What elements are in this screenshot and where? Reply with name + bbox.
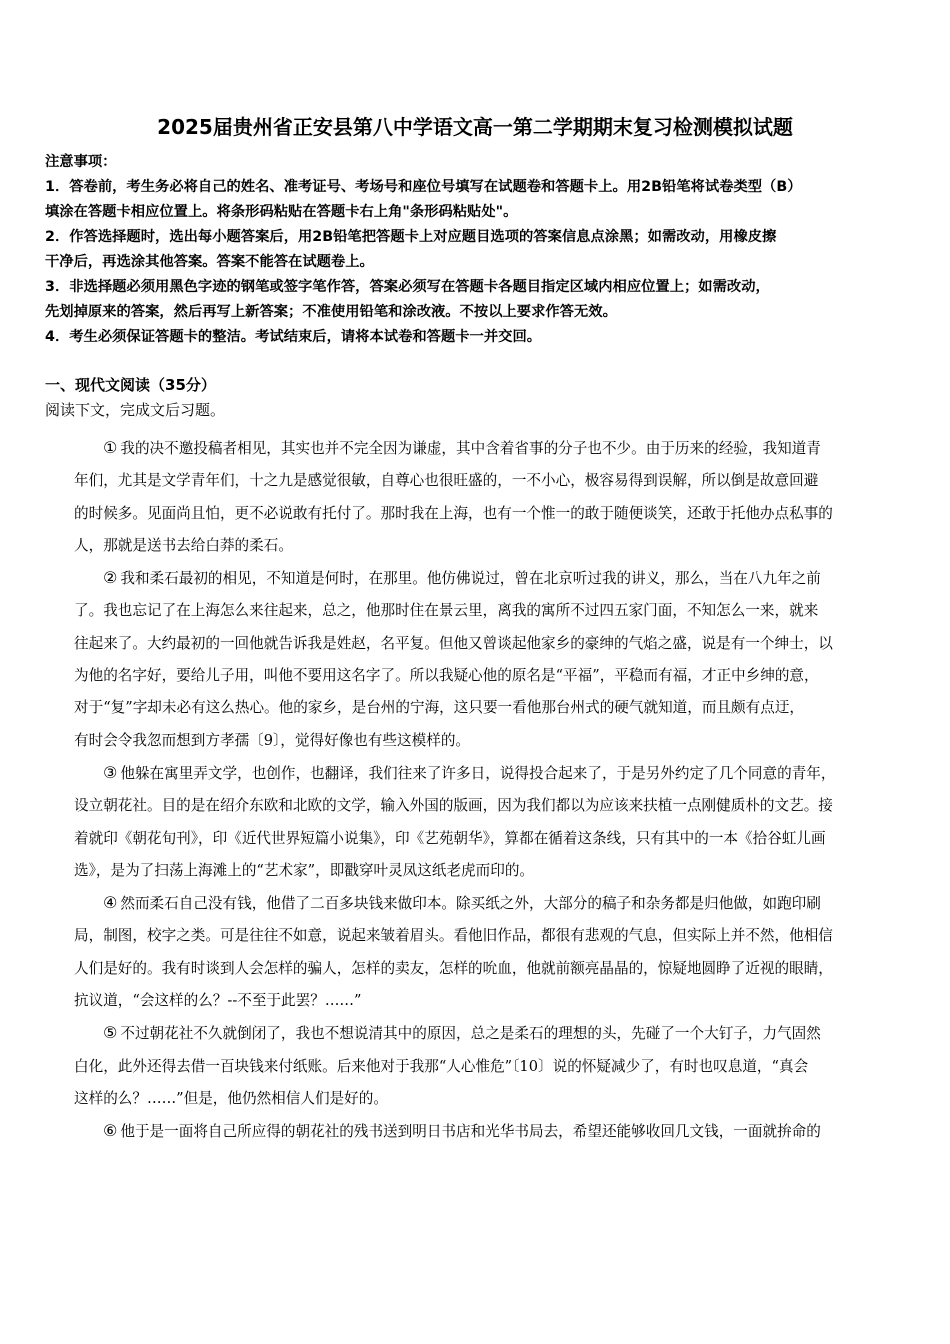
text-line: 有时会令我忽而想到方孝孺〔9〕，觉得好像也有些这模样的。 — [45, 725, 907, 757]
text-line: 的时候多。见面尚且怕，更不必说敢有托付了。那时我在上海，也有一个惟一的敢于随便谈… — [45, 498, 907, 530]
text-line: 我的决不邀投稿者相见，其实也并不完全因为谦虚，其中含着省事的分子也不少。由于历来… — [120, 440, 821, 457]
text-line: 这样的么？……”但是，他仍然相信人们是好的。 — [45, 1083, 907, 1115]
paragraph-number: ① — [103, 438, 117, 457]
text-line: 对于“复”字却未必有这么热心。他的家乡，是台州的宁海，这只要一看他那台州式的硬气… — [45, 692, 907, 724]
text-line: 人们是好的。我有时谈到人会怎样的骗人，怎样的卖友，怎样的吮血，他就前额亮晶晶的，… — [45, 953, 907, 985]
paragraph-4: ④然而柔石自己没有钱，他借了二百多块钱来做印本。除买纸之外，大部分的稿子和杂务都… — [45, 887, 907, 1017]
notice-line: 3．非选择题必须用黑色字迹的钢笔或签字笔作答，答案必须写在答题卡各题目指定区域内… — [45, 275, 915, 300]
text-line: 不过朝花社不久就倒闭了，我也不想说清其中的原因，总之是柔石的理想的头，先碰了一个… — [120, 1025, 821, 1042]
text-line: 着就印《朝花旬刊》，印《近代世界短篇小说集》，印《艺苑朝华》，算都在循着这条线，… — [45, 823, 907, 855]
paragraph-3: ③他躲在寓里弄文学，也创作，也翻译，我们往来了许多日，说得投合起来了，于是另外约… — [45, 757, 907, 887]
text-line: 选》，是为了扫荡上海滩上的“艺术家”，即戳穿叶灵凤这纸老虎而印的。 — [45, 855, 907, 887]
text-line: 设立朝花社。目的是在绍介东欧和北欧的文学，输入外国的版画，因为我们都以为应该来扶… — [45, 790, 907, 822]
paragraph-number: ③ — [103, 763, 117, 782]
paragraph-number: ⑥ — [103, 1121, 117, 1140]
notice-line: 干净后，再选涂其他答案。答案不能答在试题卷上。 — [45, 250, 915, 275]
paragraph-number: ② — [103, 568, 117, 587]
paragraph-number: ⑤ — [103, 1023, 117, 1042]
text-line: 为他的名字好，要给儿子用，叫他不要用这名字了。所以我疑心他的原名是“平福”，平稳… — [45, 660, 907, 692]
document-title: 2025届贵州省正安县第八中学语文高一第二学期期末复习检测模拟试题 — [0, 113, 950, 141]
paragraph-6: ⑥他于是一面将自己所应得的朝花社的残书送到明日书店和光华书局去，希望还能够收回几… — [45, 1115, 907, 1148]
section-instruction: 阅读下文，完成文后习题。 — [45, 399, 225, 421]
text-line: 抗议道，“会这样的么？--不至于此罢？……” — [45, 985, 907, 1017]
text-line: 他于是一面将自己所应得的朝花社的残书送到明日书店和光华书局去，希望还能够收回几文… — [120, 1123, 821, 1140]
section-heading: 一、现代文阅读（35分） — [45, 374, 216, 396]
text-line: 然而柔石自己没有钱，他借了二百多块钱来做印本。除买纸之外，大部分的稿子和杂务都是… — [120, 895, 821, 912]
notice-line: 先划掉原来的答案，然后再写上新答案；不准使用铅笔和涂改液。不按以上要求作答无效。 — [45, 300, 915, 325]
reading-passage: ①我的决不邀投稿者相见，其实也并不完全因为谦虚，其中含着省事的分子也不少。由于历… — [45, 432, 907, 1149]
notice-line: 4．考生必须保证答题卡的整洁。考试结束后，请将本试卷和答题卡一并交回。 — [45, 325, 915, 350]
text-line: 人，那就是送书去给白莽的柔石。 — [45, 530, 907, 562]
text-line: 了。我也忘记了在上海怎么来往起来，总之，他那时住在景云里，离我的寓所不过四五家门… — [45, 595, 907, 627]
text-line: 往起来了。大约最初的一回他就告诉我是姓赵，名平复。但他又曾谈起他家乡的豪绅的气焰… — [45, 628, 907, 660]
text-line: 年们，尤其是文学青年们，十之九是感觉很敏，自尊心也很旺盛的，一不小心，极容易得到… — [45, 465, 907, 497]
text-line: 我和柔石最初的相见，不知道是何时，在那里。他仿佛说过，曾在北京听过我的讲义，那么… — [120, 570, 821, 587]
paragraph-2: ②我和柔石最初的相见，不知道是何时，在那里。他仿佛说过，曾在北京听过我的讲义，那… — [45, 562, 907, 757]
text-line: 局，制图，校字之类。可是往往不如意，说起来皱着眉头。看他旧作品，都很有悲观的气息… — [45, 920, 907, 952]
notice-line: 填涂在答题卡相应位置上。将条形码粘贴在答题卡右上角"条形码粘贴处"。 — [45, 200, 915, 225]
notice-heading: 注意事项： — [45, 150, 915, 175]
paragraph-1: ①我的决不邀投稿者相见，其实也并不完全因为谦虚，其中含着省事的分子也不少。由于历… — [45, 432, 907, 562]
notice-block: 注意事项： 1．答卷前，考生务必将自己的姓名、准考证号、考场号和座位号填写在试题… — [45, 150, 915, 350]
notice-line: 1．答卷前，考生务必将自己的姓名、准考证号、考场号和座位号填写在试题卷和答题卡上… — [45, 175, 915, 200]
text-line: 白化，此外还得去借一百块钱来付纸账。后来他对于我那“人心惟危”〔10〕说的怀疑减… — [45, 1051, 907, 1083]
notice-line: 2．作答选择题时，选出每小题答案后，用2B铅笔把答题卡上对应题目选项的答案信息点… — [45, 225, 915, 250]
exam-page: 2025届贵州省正安县第八中学语文高一第二学期期末复习检测模拟试题 注意事项： … — [0, 0, 950, 1344]
text-line: 他躲在寓里弄文学，也创作，也翻译，我们往来了许多日，说得投合起来了，于是另外约定… — [120, 765, 835, 782]
paragraph-number: ④ — [103, 893, 117, 912]
paragraph-5: ⑤不过朝花社不久就倒闭了，我也不想说清其中的原因，总之是柔石的理想的头，先碰了一… — [45, 1017, 907, 1115]
